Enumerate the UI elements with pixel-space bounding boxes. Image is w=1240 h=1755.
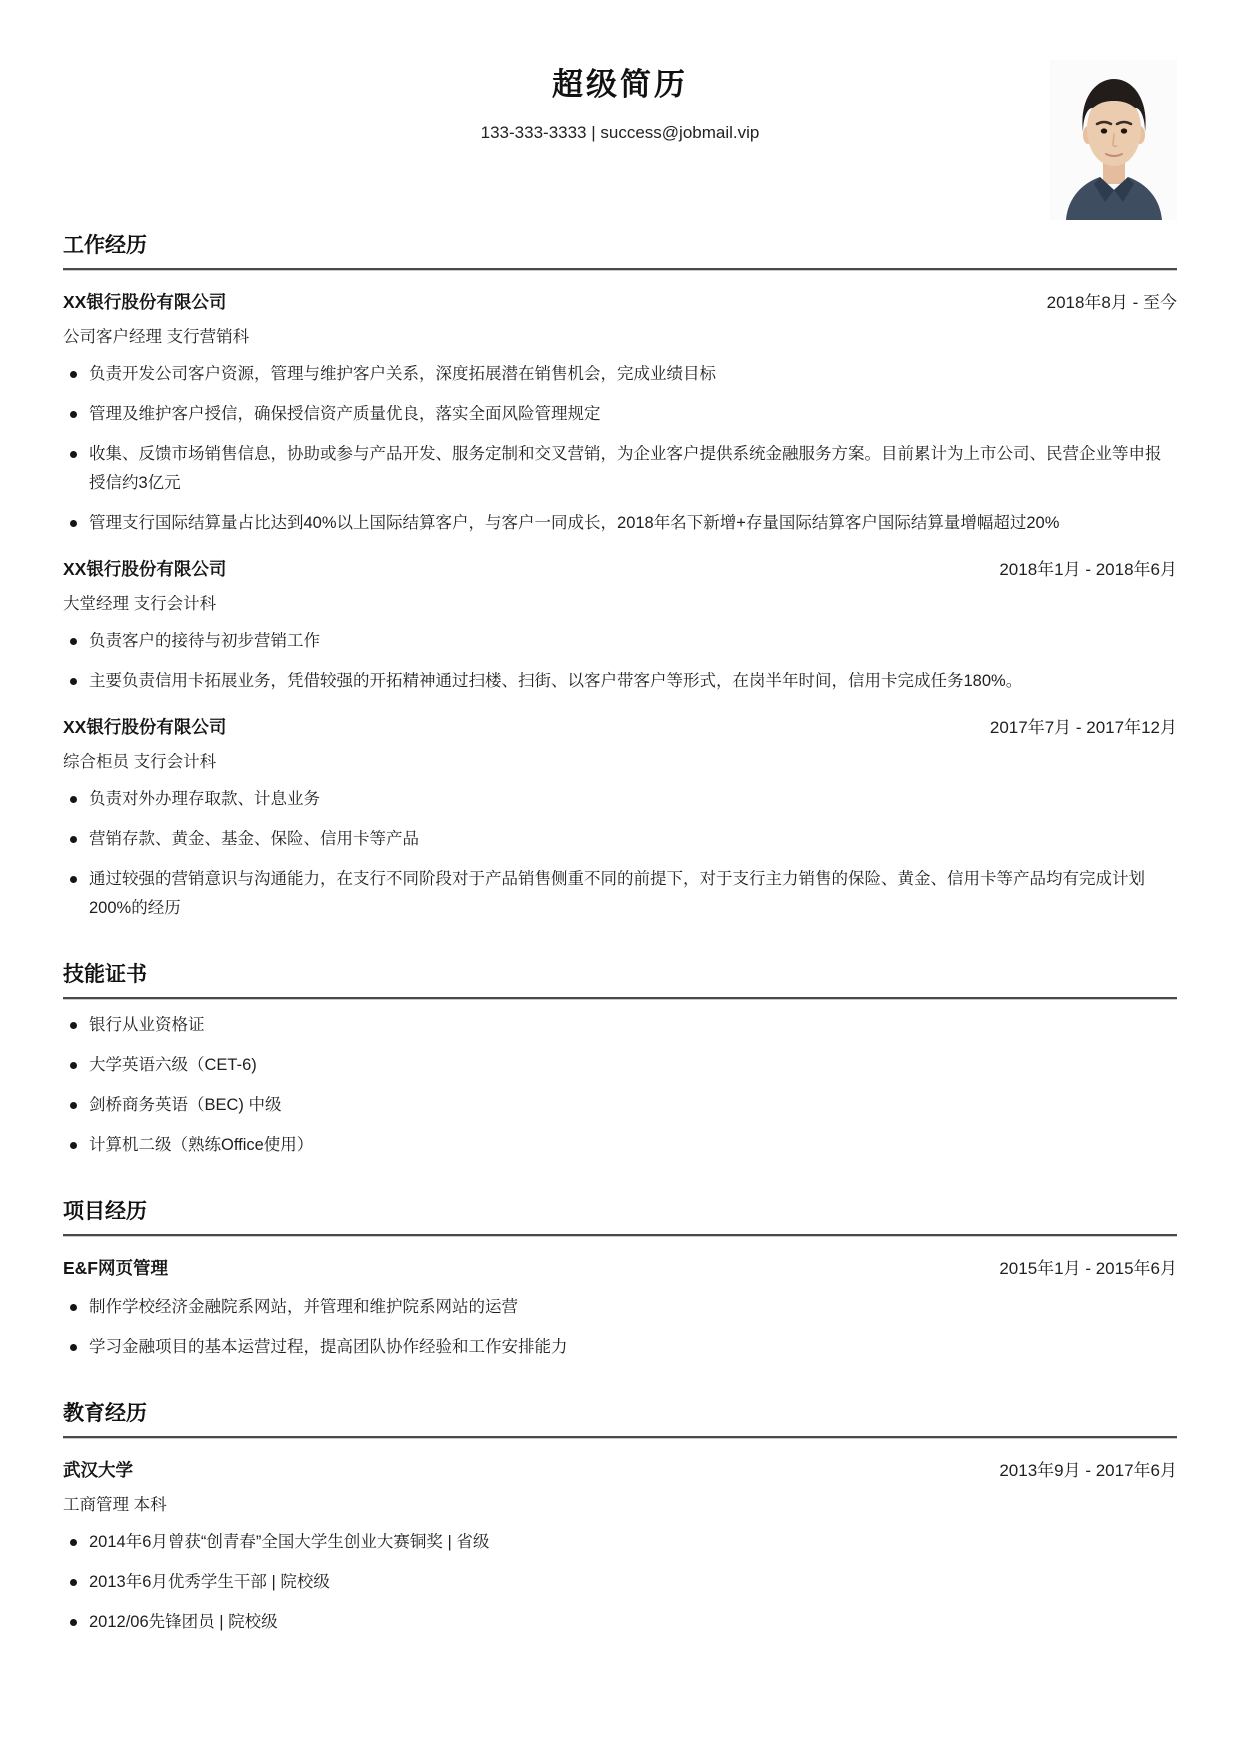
bullet-list: 2014年6月曾获“创青春”全国大学生创业大赛铜奖 | 省级2013年6月优秀学… bbox=[63, 1528, 1177, 1637]
section-divider bbox=[63, 997, 1177, 1000]
portrait-icon bbox=[1050, 60, 1177, 220]
sections-container: 工作经历XX银行股份有限公司2018年8月 - 至今公司客户经理 支行营销科负责… bbox=[63, 232, 1177, 1637]
section-work: 工作经历XX银行股份有限公司2018年8月 - 至今公司客户经理 支行营销科负责… bbox=[63, 232, 1177, 923]
entry-date: 2013年9月 - 2017年6月 bbox=[999, 1458, 1177, 1484]
entry-title: XX银行股份有限公司 bbox=[63, 289, 226, 315]
entry-title: XX银行股份有限公司 bbox=[63, 556, 226, 582]
entry-title: 武汉大学 bbox=[63, 1457, 133, 1483]
section-projects: 项目经历E&F网页管理2015年1月 - 2015年6月制作学校经济金融院系网站… bbox=[63, 1198, 1177, 1362]
section-heading: 技能证书 bbox=[63, 961, 1177, 989]
bullet-item: 学习金融项目的基本运营过程，提高团队协作经验和工作安排能力 bbox=[63, 1333, 1177, 1362]
bullet-list: 负责对外办理存取款、计息业务营销存款、黄金、基金、保险、信用卡等产品通过较强的营… bbox=[63, 785, 1177, 923]
entry-date: 2015年1月 - 2015年6月 bbox=[999, 1256, 1177, 1282]
entry-title: XX银行股份有限公司 bbox=[63, 714, 226, 740]
contact-line: 133-333-3333 | success@jobmail.vip bbox=[63, 122, 1177, 144]
section-divider bbox=[63, 1234, 1177, 1237]
entry-date: 2017年7月 - 2017年12月 bbox=[990, 715, 1177, 741]
entry-header: E&F网页管理2015年1月 - 2015年6月 bbox=[63, 1255, 1177, 1282]
bullet-item: 大学英语六级（CET-6) bbox=[63, 1051, 1177, 1080]
bullet-item: 收集、反馈市场销售信息，协助或参与产品开发、服务定制和交叉营销，为企业客户提供系… bbox=[63, 440, 1177, 498]
section-heading: 教育经历 bbox=[63, 1400, 1177, 1428]
resume-page: 超级简历 133-333-3333 | success@jobmail.vip … bbox=[0, 0, 1240, 1755]
entry-header: 武汉大学2013年9月 - 2017年6月 bbox=[63, 1457, 1177, 1484]
bullet-item: 制作学校经济金融院系网站，并管理和维护院系网站的运营 bbox=[63, 1293, 1177, 1322]
bullet-item: 银行从业资格证 bbox=[63, 1011, 1177, 1040]
experience-entry: XX银行股份有限公司2018年8月 - 至今公司客户经理 支行营销科负责开发公司… bbox=[63, 289, 1177, 538]
entry-title: E&F网页管理 bbox=[63, 1255, 168, 1281]
section-heading: 工作经历 bbox=[63, 232, 1177, 260]
bullet-list: 负责客户的接待与初步营销工作主要负责信用卡拓展业务，凭借较强的开拓精神通过扫楼、… bbox=[63, 627, 1177, 696]
experience-entry: 武汉大学2013年9月 - 2017年6月工商管理 本科2014年6月曾获“创青… bbox=[63, 1457, 1177, 1637]
experience-entry: XX银行股份有限公司2017年7月 - 2017年12月综合柜员 支行会计科负责… bbox=[63, 714, 1177, 923]
bullet-item: 2013年6月优秀学生干部 | 院校级 bbox=[63, 1568, 1177, 1597]
bullet-list: 负责开发公司客户资源，管理与维护客户关系，深度拓展潜在销售机会，完成业绩目标管理… bbox=[63, 360, 1177, 538]
bullet-item: 主要负责信用卡拓展业务，凭借较强的开拓精神通过扫楼、扫街、以客户带客户等形式，在… bbox=[63, 667, 1177, 696]
entry-subtitle: 大堂经理 支行会计科 bbox=[63, 592, 1177, 616]
bullet-item: 负责客户的接待与初步营销工作 bbox=[63, 627, 1177, 656]
experience-entry: E&F网页管理2015年1月 - 2015年6月制作学校经济金融院系网站，并管理… bbox=[63, 1255, 1177, 1362]
bullet-item: 管理及维护客户授信，确保授信资产质量优良，落实全面风险管理规定 bbox=[63, 400, 1177, 429]
page-title: 超级简历 bbox=[63, 64, 1177, 106]
entry-subtitle: 综合柜员 支行会计科 bbox=[63, 750, 1177, 774]
section-skills: 技能证书银行从业资格证大学英语六级（CET-6)剑桥商务英语（BEC) 中级计算… bbox=[63, 961, 1177, 1160]
entry-header: XX银行股份有限公司2018年8月 - 至今 bbox=[63, 289, 1177, 316]
bullet-item: 2012/06先锋团员 | 院校级 bbox=[63, 1608, 1177, 1637]
section-divider bbox=[63, 268, 1177, 271]
bullet-item: 2014年6月曾获“创青春”全国大学生创业大赛铜奖 | 省级 bbox=[63, 1528, 1177, 1557]
section-heading: 项目经历 bbox=[63, 1198, 1177, 1226]
bullet-list: 制作学校经济金融院系网站，并管理和维护院系网站的运营学习金融项目的基本运营过程，… bbox=[63, 1293, 1177, 1362]
entry-header: XX银行股份有限公司2017年7月 - 2017年12月 bbox=[63, 714, 1177, 741]
entry-date: 2018年8月 - 至今 bbox=[1047, 290, 1177, 316]
experience-entry: XX银行股份有限公司2018年1月 - 2018年6月大堂经理 支行会计科负责客… bbox=[63, 556, 1177, 696]
bullet-item: 负责开发公司客户资源，管理与维护客户关系，深度拓展潜在销售机会，完成业绩目标 bbox=[63, 360, 1177, 389]
resume-header: 超级简历 133-333-3333 | success@jobmail.vip bbox=[63, 64, 1177, 144]
bullet-item: 通过较强的营销意识与沟通能力，在支行不同阶段对于产品销售侧重不同的前提下，对于支… bbox=[63, 865, 1177, 923]
bullet-item: 管理支行国际结算量占比达到40%以上国际结算客户，与客户一同成长，2018年名下… bbox=[63, 509, 1177, 538]
experience-entry: 银行从业资格证大学英语六级（CET-6)剑桥商务英语（BEC) 中级计算机二级（… bbox=[63, 1011, 1177, 1160]
bullet-item: 营销存款、黄金、基金、保险、信用卡等产品 bbox=[63, 825, 1177, 854]
section-education: 教育经历武汉大学2013年9月 - 2017年6月工商管理 本科2014年6月曾… bbox=[63, 1400, 1177, 1637]
entry-subtitle: 公司客户经理 支行营销科 bbox=[63, 325, 1177, 349]
entry-subtitle: 工商管理 本科 bbox=[63, 1493, 1177, 1517]
entry-date: 2018年1月 - 2018年6月 bbox=[999, 557, 1177, 583]
bullet-item: 计算机二级（熟练Office使用） bbox=[63, 1131, 1177, 1160]
profile-photo bbox=[1050, 60, 1177, 220]
bullet-list: 银行从业资格证大学英语六级（CET-6)剑桥商务英语（BEC) 中级计算机二级（… bbox=[63, 1011, 1177, 1160]
entry-header: XX银行股份有限公司2018年1月 - 2018年6月 bbox=[63, 556, 1177, 583]
bullet-item: 剑桥商务英语（BEC) 中级 bbox=[63, 1091, 1177, 1120]
section-divider bbox=[63, 1436, 1177, 1439]
bullet-item: 负责对外办理存取款、计息业务 bbox=[63, 785, 1177, 814]
